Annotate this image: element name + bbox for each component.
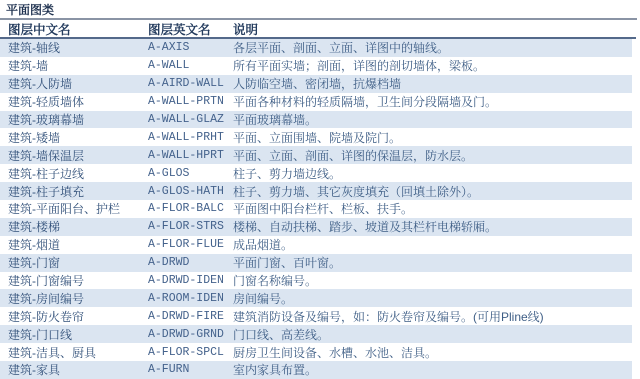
cell-english-name: A-FLOR-SPCL (148, 346, 233, 359)
table-row: 建筑-矮墙A-WALL-PRHT平面、立面围墙、院墙及院门。 (0, 128, 632, 146)
table-body: 建筑-轴线A-AXIS各层平面、剖面、立面、详图中的轴线。建筑-墙A-WALL所… (0, 39, 632, 379)
cell-english-name: A-DRWD-GRND (148, 328, 233, 341)
cell-english-name: A-FLOR-BALC (148, 202, 233, 215)
cell-chinese-name: 建筑-楼梯 (0, 218, 148, 235)
cell-description: 室内家具布置。 (233, 361, 632, 378)
cell-english-name: A-FLOR-FLUE (148, 238, 233, 251)
cell-description: 人防临空墙、密闭墙，抗爆档墙 (233, 75, 632, 92)
table-row: 建筑-防火卷帘A-DRWD-FIRE建筑消防设备及编号，如：防火卷帘及编号。(可… (0, 307, 632, 325)
table-header-row: 图层中文名 图层英文名 说明 (0, 20, 636, 39)
cell-description: 门口线、高差线。 (233, 326, 632, 343)
cell-english-name: A-WALL-PRHT (148, 131, 233, 144)
cell-english-name: A-FURN (148, 363, 233, 376)
column-header-chinese-name: 图层中文名 (0, 20, 148, 38)
cell-description: 厨房卫生间设备、水槽、水池、洁具。 (233, 344, 632, 361)
cell-english-name: A-WALL (148, 59, 233, 72)
cell-english-name: A-WALL-PRTN (148, 95, 233, 108)
table-row: 建筑-门窗编号A-DRWD-IDEN门窗名称编号。 (0, 272, 632, 290)
cell-description: 平面、立面、剖面、详图的保温层，防水层。 (233, 147, 632, 164)
table-row: 建筑-房间编号A-ROOM-IDEN房间编号。 (0, 289, 632, 307)
cell-english-name: A-ROOM-IDEN (148, 292, 233, 305)
cell-chinese-name: 建筑-烟道 (0, 236, 148, 253)
table-row: 建筑-门窗A-DRWD平面门窗、百叶窗。 (0, 254, 632, 272)
cell-description: 所有平面实墙；剖面，详图的剖切墙体，梁板。 (233, 57, 632, 74)
table-row: 建筑-墙保温层A-WALL-HPRT平面、立面、剖面、详图的保温层，防水层。 (0, 146, 632, 164)
table-row: 建筑-家具A-FURN室内家具布置。 (0, 361, 632, 379)
cell-chinese-name: 建筑-柱子填充 (0, 183, 148, 200)
table-row: 建筑-门口线A-DRWD-GRND门口线、高差线。 (0, 325, 632, 343)
cell-description: 平面玻璃幕墙。 (233, 111, 632, 128)
cell-description: 各层平面、剖面、立面、详图中的轴线。 (233, 39, 632, 56)
table-row: 建筑-洁具、厨具A-FLOR-SPCL厨房卫生间设备、水槽、水池、洁具。 (0, 343, 632, 361)
layer-table: 图层中文名 图层英文名 说明 建筑-轴线A-AXIS各层平面、剖面、立面、详图中… (0, 20, 640, 379)
column-header-description: 说明 (233, 20, 636, 38)
cell-chinese-name: 建筑-门窗编号 (0, 272, 148, 289)
cell-chinese-name: 建筑-门口线 (0, 326, 148, 343)
cell-description: 成品烟道。 (233, 236, 632, 253)
table-row: 建筑-玻璃幕墙A-WALL-GLAZ平面玻璃幕墙。 (0, 111, 632, 129)
document-page: 平面图类 图层中文名 图层英文名 说明 建筑-轴线A-AXIS各层平面、剖面、立… (0, 0, 640, 379)
cell-english-name: A-WALL-GLAZ (148, 113, 233, 126)
cell-description: 平面、立面围墙、院墙及院门。 (233, 129, 632, 146)
cell-chinese-name: 建筑-轻质墙体 (0, 93, 148, 110)
cell-english-name: A-DRWD-FIRE (148, 310, 233, 323)
table-row: 建筑-楼梯A-FLOR-STRS楼梯、自动扶梯、踏步、坡道及其栏杆电梯轿厢。 (0, 218, 632, 236)
cell-chinese-name: 建筑-轴线 (0, 39, 148, 56)
cell-english-name: A-WALL-HPRT (148, 149, 233, 162)
table-row: 建筑-平面阳台、护栏A-FLOR-BALC平面图中阳台栏杆、栏板、扶手。 (0, 200, 632, 218)
cell-description: 楼梯、自动扶梯、踏步、坡道及其栏杆电梯轿厢。 (233, 218, 632, 235)
cell-chinese-name: 建筑-柱子边线 (0, 165, 148, 182)
table-row: 建筑-轻质墙体A-WALL-PRTN平面各种材料的轻质隔墙，卫生间分段隔墙及门。 (0, 93, 632, 111)
cell-description: 建筑消防设备及编号，如：防火卷帘及编号。(可用Pline线) (233, 308, 632, 325)
cell-english-name: A-FLOR-STRS (148, 220, 233, 233)
page-title: 平面图类 (0, 0, 640, 18)
cell-chinese-name: 建筑-家具 (0, 361, 148, 378)
cell-english-name: A-GLOS-HATH (148, 185, 233, 198)
cell-english-name: A-DRWD (148, 256, 233, 269)
cell-english-name: A-AIRD-WALL (148, 77, 233, 90)
cell-description: 平面图中阳台栏杆、栏板、扶手。 (233, 200, 632, 217)
cell-description: 平面各种材料的轻质隔墙，卫生间分段隔墙及门。 (233, 93, 632, 110)
table-row: 建筑-墙A-WALL所有平面实墙；剖面，详图的剖切墙体，梁板。 (0, 57, 632, 75)
cell-chinese-name: 建筑-房间编号 (0, 290, 148, 307)
cell-chinese-name: 建筑-平面阳台、护栏 (0, 200, 148, 217)
cell-chinese-name: 建筑-洁具、厨具 (0, 344, 148, 361)
cell-chinese-name: 建筑-门窗 (0, 254, 148, 271)
table-row: 建筑-烟道A-FLOR-FLUE成品烟道。 (0, 236, 632, 254)
cell-chinese-name: 建筑-墙 (0, 57, 148, 74)
cell-chinese-name: 建筑-人防墙 (0, 75, 148, 92)
table-row: 建筑-人防墙A-AIRD-WALL人防临空墙、密闭墙，抗爆档墙 (0, 75, 632, 93)
cell-english-name: A-GLOS (148, 167, 233, 180)
cell-chinese-name: 建筑-墙保温层 (0, 147, 148, 164)
cell-description: 平面门窗、百叶窗。 (233, 254, 632, 271)
cell-chinese-name: 建筑-矮墙 (0, 129, 148, 146)
table-row: 建筑-柱子填充A-GLOS-HATH柱子、剪力墙、其它灰度填充（回填土除外）。 (0, 182, 632, 200)
cell-description: 柱子、剪力墙、其它灰度填充（回填土除外）。 (233, 183, 632, 200)
cell-description: 房间编号。 (233, 290, 632, 307)
column-header-english-name: 图层英文名 (148, 20, 233, 38)
cell-english-name: A-AXIS (148, 41, 233, 54)
table-row: 建筑-轴线A-AXIS各层平面、剖面、立面、详图中的轴线。 (0, 39, 632, 57)
cell-chinese-name: 建筑-防火卷帘 (0, 308, 148, 325)
cell-description: 门窗名称编号。 (233, 272, 632, 289)
cell-description: 柱子、剪力墙边线。 (233, 165, 632, 182)
table-row: 建筑-柱子边线A-GLOS柱子、剪力墙边线。 (0, 164, 632, 182)
cell-english-name: A-DRWD-IDEN (148, 274, 233, 287)
cell-chinese-name: 建筑-玻璃幕墙 (0, 111, 148, 128)
